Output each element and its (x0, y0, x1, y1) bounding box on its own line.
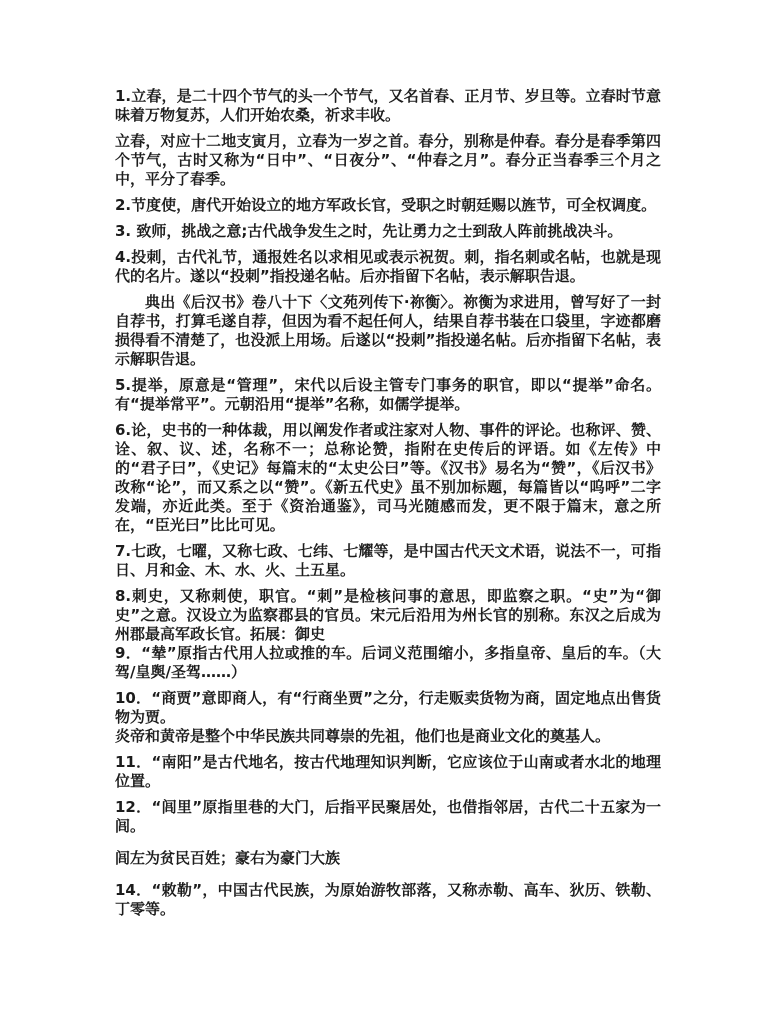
document-text-block: 1.立春，是二十四个节气的头一个节气，又名首春、正月节、岁旦等。立春时节意味着万… (115, 87, 661, 926)
paragraph-nian: 9．“辇”原指古代用人拉或推的车。后词义范围缩小，多指皇帝、皇后的车。（大驾/皇… (115, 644, 661, 682)
paragraph-zhishi: 3. 致师，挑战之意;古代战争发生之时，先让勇力之士到敌人阵前挑战决斗。 (115, 222, 661, 241)
paragraph-qizheng: 7.七政，七曜，又称七政、七纬、七耀等，是中国古代天文术语，说法不一，可指日、月… (115, 542, 661, 580)
paragraph-lun: 6.论，史书的一种体裁，用以阐发作者或注家对人物、事件的评论。也称评、赞、诠、叙… (115, 421, 661, 535)
paragraph-lichun-2: 立春，对应十二地支寅月，立春为一岁之首。春分，别称是仲春。春分是春季第四个节气，… (115, 132, 661, 189)
paragraph-lvzuo-haoyou: 闾左为贫民百姓；豪右为豪门大族 (115, 849, 661, 868)
paragraph-lvli: 12．“闾里”原指里巷的大门，后指平民聚居处，也借指邻居，古代二十五家为一闾。 (115, 798, 661, 836)
paragraph-touci: 4.投刺，古代礼节，通报姓名以求相见或表示祝贺。刺，指名刺或名帖，也就是现代的名… (115, 248, 661, 286)
paragraph-lichun-1: 1.立春，是二十四个节气的头一个节气，又名首春、正月节、岁旦等。立春时节意味着万… (115, 87, 661, 125)
paragraph-cishi: 8.刺史，又称刺使，职官。“刺”是检核问事的意思，即监察之职。“史”为“御史”之… (115, 587, 661, 644)
document-page: 1.立春，是二十四个节气的头一个节气，又名首春、正月节、岁旦等。立春时节意味着万… (0, 0, 768, 1024)
paragraph-tiju: 5.提举，原意是“管理”，宋代以后设主管专门事务的职官，即以“提举”命名。有“提… (115, 376, 661, 414)
paragraph-touci-origin: 典出《后汉书》卷八十下〈文苑列传下·祢衡〉。祢衡为求进用，曾写好了一封自荐书，打… (115, 293, 661, 369)
paragraph-yandi-huangdi: 炎帝和黄帝是整个中华民族共同尊崇的先祖，他们也是商业文化的奠基人。 (115, 727, 661, 746)
paragraph-jiedushi: 2.节度使，唐代开始设立的地方军政长官，受职之时朝廷赐以旌节，可全权调度。 (115, 196, 661, 215)
paragraph-chile: 14．“敕勒”，中国古代民族，为原始游牧部落，又称赤勒、高车、狄历、铁勒、丁零等… (115, 881, 661, 919)
paragraph-shanggu: 10．“商贾”意即商人，有“行商坐贾”之分，行走贩卖货物为商，固定地点出售货物为… (115, 689, 661, 727)
paragraph-nanyang: 11．“南阳”是古代地名，按古代地理知识判断，它应该位于山南或者水北的地理位置。 (115, 753, 661, 791)
